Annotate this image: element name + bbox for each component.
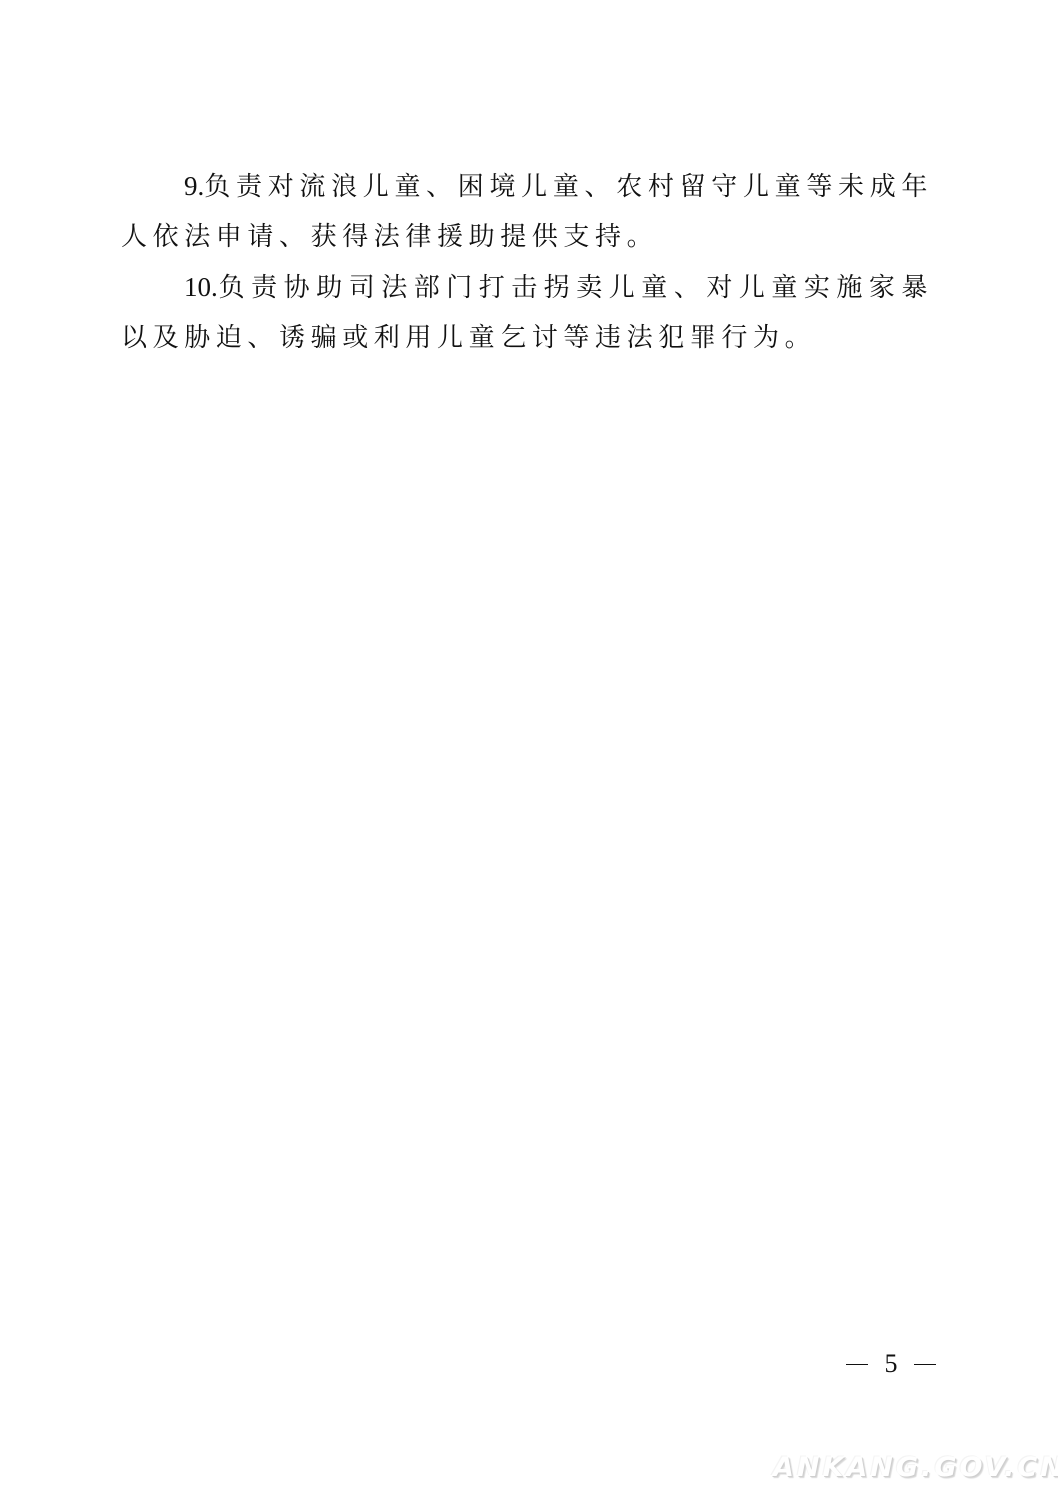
page-number-value: 5 — [885, 1349, 898, 1379]
paragraph-text: 负责协助司法部门打击拐卖儿童、对儿童实施家暴以及胁迫、诱骗或利用儿童乞讨等违法犯… — [121, 273, 933, 353]
paragraph-number: 9. — [184, 171, 204, 201]
site-watermark: ANKANG.GOV.CN — [773, 1452, 1058, 1483]
page-number: 5 — [846, 1349, 936, 1379]
dash-left — [846, 1364, 868, 1365]
paragraph-text: 负责对流浪儿童、困境儿童、农村留守儿童等未成年人依法申请、获得法律援助提供支持。 — [121, 172, 933, 252]
document-page: 9.负责对流浪儿童、困境儿童、农村留守儿童等未成年人依法申请、获得法律援助提供支… — [0, 0, 1058, 1497]
document-body: 9.负责对流浪儿童、困境儿童、农村留守儿童等未成年人依法申请、获得法律援助提供支… — [121, 161, 933, 363]
paragraph-10: 10.负责协助司法部门打击拐卖儿童、对儿童实施家暴以及胁迫、诱骗或利用儿童乞讨等… — [121, 262, 933, 363]
paragraph-9: 9.负责对流浪儿童、困境儿童、农村留守儿童等未成年人依法申请、获得法律援助提供支… — [121, 161, 933, 262]
paragraph-number: 10. — [184, 272, 218, 302]
dash-right — [914, 1364, 936, 1365]
